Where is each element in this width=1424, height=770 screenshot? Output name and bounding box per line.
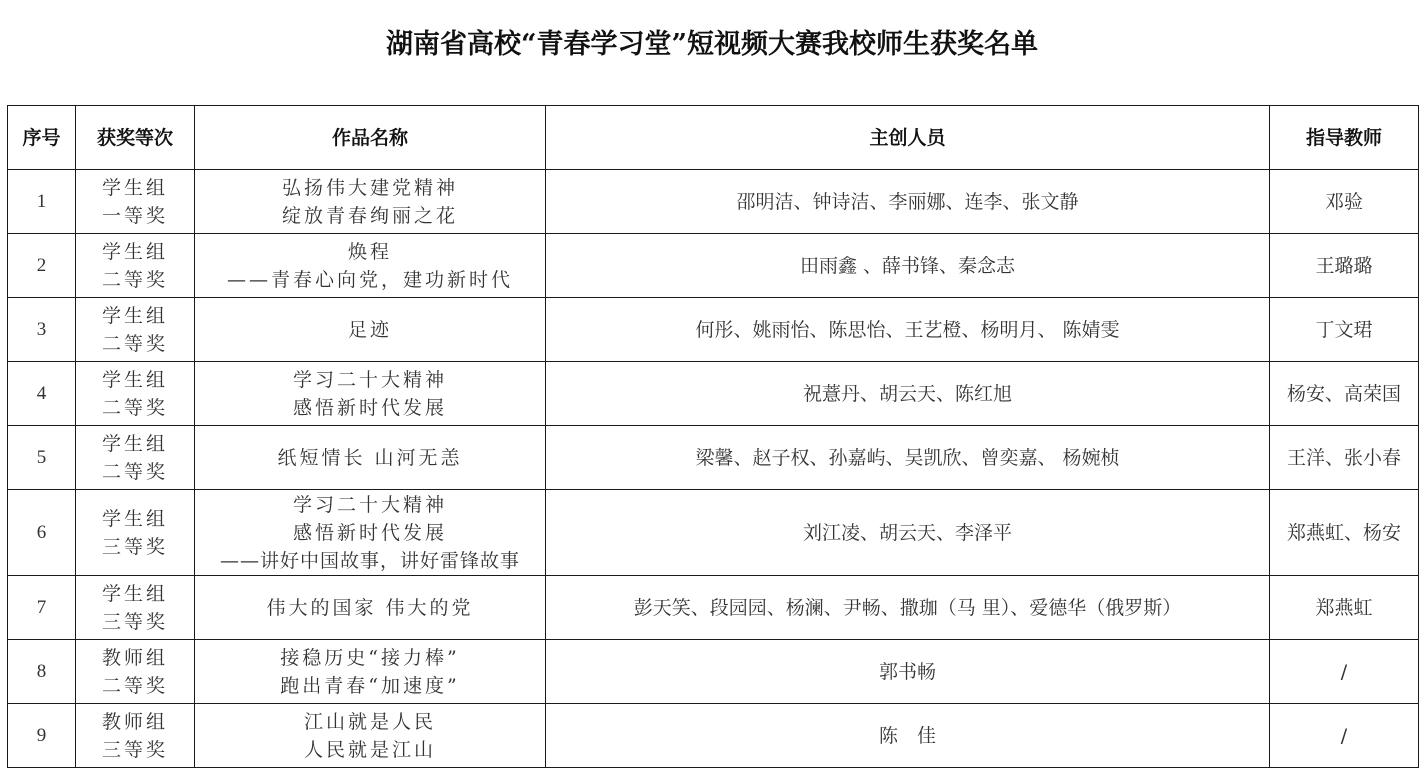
- table-row: 3 学生组 二等奖 足迹 何彤、姚雨怡、陈思怡、王艺橙、杨明月、 陈婧雯 丁文珺: [8, 298, 1419, 362]
- work-line: 绽放青春绚丽之花: [195, 202, 545, 230]
- table-row: 6 学生组 三等奖 学习二十大精神 感悟新时代发展 ——讲好中国故事，讲好雷锋故…: [8, 490, 1419, 576]
- cell-advisor: /: [1270, 704, 1419, 768]
- cell-work: 焕程 ——青春心向党，建功新时代: [195, 234, 546, 298]
- level-group: 学生组: [76, 174, 194, 202]
- level-group: 学生组: [76, 238, 194, 266]
- cell-creators: 田雨鑫 、薛书锋、秦念志: [546, 234, 1270, 298]
- level-prize: 二等奖: [76, 672, 194, 700]
- level-group: 学生组: [76, 505, 194, 533]
- level-prize: 三等奖: [76, 608, 194, 636]
- table-row: 5 学生组 二等奖 纸短情长 山河无恙 梁馨、赵子权、孙嘉屿、吴凯欣、曾奕嘉、 …: [8, 426, 1419, 490]
- level-prize: 三等奖: [76, 533, 194, 561]
- work-line: 感悟新时代发展: [195, 519, 545, 547]
- cell-work: 弘扬伟大建党精神 绽放青春绚丽之花: [195, 170, 546, 234]
- cell-creators: 彭天笑、段园园、杨澜、尹畅、撒珈（马 里）、爱德华（俄罗斯）: [546, 576, 1270, 640]
- table-row: 1 学生组 一等奖 弘扬伟大建党精神 绽放青春绚丽之花 邵明洁、钟诗洁、李丽娜、…: [8, 170, 1419, 234]
- work-line: 感悟新时代发展: [195, 394, 545, 422]
- cell-creators: 郭书畅: [546, 640, 1270, 704]
- cell-creators: 刘江凌、胡云天、李泽平: [546, 490, 1270, 576]
- level-group: 学生组: [76, 366, 194, 394]
- cell-creators: 何彤、姚雨怡、陈思怡、王艺橙、杨明月、 陈婧雯: [546, 298, 1270, 362]
- table-row: 7 学生组 三等奖 伟大的国家 伟大的党 彭天笑、段园园、杨澜、尹畅、撒珈（马 …: [8, 576, 1419, 640]
- cell-level: 教师组 二等奖: [76, 640, 195, 704]
- level-prize: 二等奖: [76, 330, 194, 358]
- table-row: 8 教师组 二等奖 接稳历史“接力棒” 跑出青春“加速度” 郭书畅 /: [8, 640, 1419, 704]
- work-line: 跑出青春“加速度”: [195, 672, 545, 700]
- header-seq: 序号: [8, 106, 76, 170]
- cell-creators: 祝薏丹、胡云天、陈红旭: [546, 362, 1270, 426]
- level-group: 学生组: [76, 580, 194, 608]
- work-line: 伟大的国家 伟大的党: [195, 594, 545, 622]
- cell-advisor: 杨安、高荣国: [1270, 362, 1419, 426]
- header-creators: 主创人员: [546, 106, 1270, 170]
- cell-advisor: 王璐璐: [1270, 234, 1419, 298]
- table-row: 4 学生组 二等奖 学习二十大精神 感悟新时代发展 祝薏丹、胡云天、陈红旭 杨安…: [8, 362, 1419, 426]
- work-line: 接稳历史“接力棒”: [195, 644, 545, 672]
- table-row: 2 学生组 二等奖 焕程 ——青春心向党，建功新时代 田雨鑫 、薛书锋、秦念志 …: [8, 234, 1419, 298]
- cell-work: 学习二十大精神 感悟新时代发展: [195, 362, 546, 426]
- cell-work: 江山就是人民 人民就是江山: [195, 704, 546, 768]
- cell-advisor: 邓验: [1270, 170, 1419, 234]
- cell-level: 学生组 三等奖: [76, 490, 195, 576]
- header-level: 获奖等次: [76, 106, 195, 170]
- cell-work: 学习二十大精神 感悟新时代发展 ——讲好中国故事，讲好雷锋故事: [195, 490, 546, 576]
- work-line: 人民就是江山: [195, 736, 545, 764]
- work-line: 弘扬伟大建党精神: [195, 174, 545, 202]
- level-group: 学生组: [76, 302, 194, 330]
- cell-advisor: 郑燕虹: [1270, 576, 1419, 640]
- cell-level: 学生组 二等奖: [76, 234, 195, 298]
- cell-work: 足迹: [195, 298, 546, 362]
- table-row: 9 教师组 三等奖 江山就是人民 人民就是江山 陈 佳 /: [8, 704, 1419, 768]
- cell-advisor: 郑燕虹、杨安: [1270, 490, 1419, 576]
- work-line: 学习二十大精神: [195, 491, 545, 519]
- cell-level: 教师组 三等奖: [76, 704, 195, 768]
- cell-level: 学生组 一等奖: [76, 170, 195, 234]
- awards-table: 序号 获奖等次 作品名称 主创人员 指导教师 1 学生组 一等奖 弘扬伟大建党精…: [7, 105, 1419, 768]
- cell-level: 学生组 二等奖: [76, 362, 195, 426]
- cell-work: 接稳历史“接力棒” 跑出青春“加速度”: [195, 640, 546, 704]
- page-title: 湖南省高校“青春学习堂”短视频大赛我校师生获奖名单: [0, 22, 1424, 61]
- work-line: 焕程: [195, 238, 545, 266]
- cell-seq: 2: [8, 234, 76, 298]
- cell-creators: 梁馨、赵子权、孙嘉屿、吴凯欣、曾奕嘉、 杨婉桢: [546, 426, 1270, 490]
- level-prize: 二等奖: [76, 266, 194, 294]
- level-prize: 二等奖: [76, 394, 194, 422]
- level-prize: 二等奖: [76, 458, 194, 486]
- cell-advisor: /: [1270, 640, 1419, 704]
- work-line: ——青春心向党，建功新时代: [195, 266, 545, 294]
- cell-work: 纸短情长 山河无恙: [195, 426, 546, 490]
- cell-creators: 陈 佳: [546, 704, 1270, 768]
- level-group: 教师组: [76, 708, 194, 736]
- cell-advisor: 丁文珺: [1270, 298, 1419, 362]
- work-line: 纸短情长 山河无恙: [195, 444, 545, 472]
- cell-level: 学生组 二等奖: [76, 426, 195, 490]
- header-work: 作品名称: [195, 106, 546, 170]
- cell-creators: 邵明洁、钟诗洁、李丽娜、连李、张文静: [546, 170, 1270, 234]
- cell-seq: 4: [8, 362, 76, 426]
- cell-work: 伟大的国家 伟大的党: [195, 576, 546, 640]
- cell-seq: 1: [8, 170, 76, 234]
- cell-seq: 9: [8, 704, 76, 768]
- work-line: 学习二十大精神: [195, 366, 545, 394]
- work-line: ——讲好中国故事，讲好雷锋故事: [195, 547, 545, 575]
- cell-seq: 3: [8, 298, 76, 362]
- cell-level: 学生组 二等奖: [76, 298, 195, 362]
- cell-level: 学生组 三等奖: [76, 576, 195, 640]
- cell-advisor: 王洋、张小春: [1270, 426, 1419, 490]
- cell-seq: 7: [8, 576, 76, 640]
- header-advisor: 指导教师: [1270, 106, 1419, 170]
- level-prize: 三等奖: [76, 736, 194, 764]
- level-prize: 一等奖: [76, 202, 194, 230]
- work-line: 江山就是人民: [195, 708, 545, 736]
- cell-seq: 6: [8, 490, 76, 576]
- cell-seq: 5: [8, 426, 76, 490]
- level-group: 学生组: [76, 430, 194, 458]
- level-group: 教师组: [76, 644, 194, 672]
- table-header-row: 序号 获奖等次 作品名称 主创人员 指导教师: [8, 106, 1419, 170]
- work-line: 足迹: [195, 316, 545, 344]
- cell-seq: 8: [8, 640, 76, 704]
